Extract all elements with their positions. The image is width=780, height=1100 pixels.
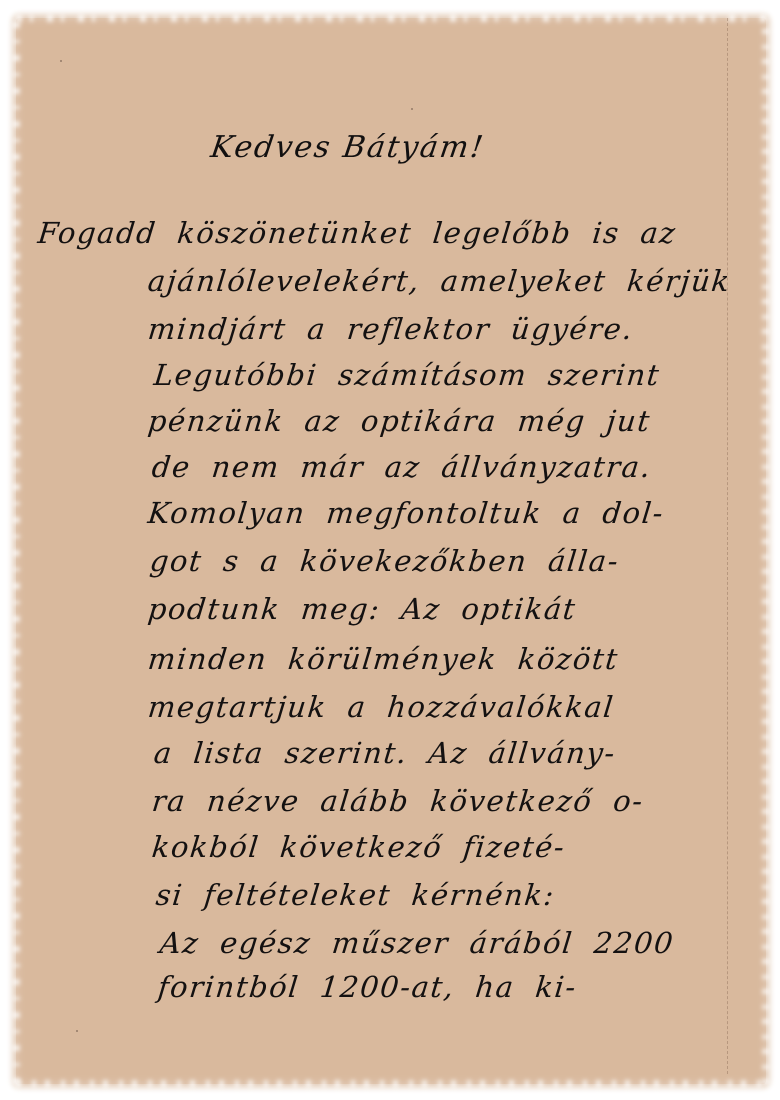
letter-line: podtunk meg: Az optikát [146, 592, 578, 626]
letter-line: Komolyan megfontoltuk a dol- [146, 496, 666, 530]
paper-speck [76, 1030, 78, 1032]
letter-line: Legutóbbi számításom szerint [152, 358, 662, 392]
letter-page: Kedves Bátyám! Fogadd köszönetünket lege… [16, 18, 766, 1084]
letter-line: Fogadd köszönetünket legelőbb is az [36, 216, 678, 250]
letter-line: forintból 1200-at, ha ki- [156, 970, 579, 1004]
letter-line: got s a kövekezőkben álla- [148, 544, 621, 578]
letter-line: minden körülmények között [146, 642, 620, 676]
fold-line [727, 18, 728, 1074]
letter-line: Az egész műszer árából 2200 [158, 926, 676, 960]
salutation: Kedves Bátyám! [209, 130, 487, 165]
letter-line: ra nézve alább következő o- [150, 784, 645, 818]
paper-speck [411, 108, 413, 110]
paper-speck [60, 60, 62, 62]
letter-line: a lista szerint. Az állvány- [152, 736, 618, 770]
letter-line: megtartjuk a hozzávalókkal [146, 690, 616, 724]
deckle-edge-bottom [16, 1080, 766, 1088]
letter-line: pénzünk az optikára még jut [146, 404, 652, 438]
deckle-edge-top [16, 14, 766, 22]
letter-line: de nem már az állványzatra. [150, 450, 653, 484]
letter-line: mindjárt a reflektor ügyére. [146, 312, 635, 346]
letter-line: si feltételeket kérnénk: [154, 878, 557, 912]
letter-line: kokból következő fizeté- [150, 830, 567, 864]
deckle-edge-left [12, 18, 20, 1084]
deckle-edge-right [762, 18, 770, 1084]
letter-line: ajánlólevelekért, amelyeket kérjük [146, 264, 732, 298]
